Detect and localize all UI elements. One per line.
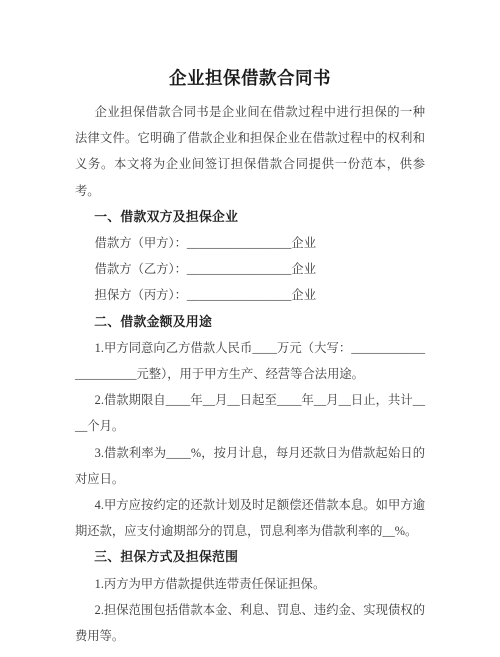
section-paragraph: 2.担保范围包括借款本金、利息、罚息、违约金、实现债权的费用等。: [75, 597, 425, 649]
section-paragraph: 2.借款期限自____年__月__日起至____年__月__日止，共计____个…: [75, 387, 425, 439]
section-paragraph: 1.甲方同意向乙方借款人民币____万元（大写：________________…: [75, 335, 425, 387]
document-page: 企业担保借款合同书 企业担保借款合同书是企业间在借款过程中进行担保的一种法律文件…: [0, 0, 500, 657]
document-title: 企业担保借款合同书: [75, 65, 425, 91]
section-paragraph: 借款方（乙方）：_________________企业: [75, 256, 425, 282]
section-heading: 三、担保方式及担保范围: [75, 544, 425, 570]
section-heading: 二、借款金额及用途: [75, 309, 425, 335]
intro-paragraph: 企业担保借款合同书是企业间在借款过程中进行担保的一种法律文件。它明确了借款企业和…: [75, 99, 425, 204]
section-paragraph: 担保方（丙方）：_________________企业: [75, 282, 425, 308]
section-paragraph: 借款方（甲方）：_________________企业: [75, 230, 425, 256]
section-heading: 一、借款双方及担保企业: [75, 204, 425, 230]
section-paragraph: 3.借款利率为____%，按月计息，每月还款日为借款起始日的对应日。: [75, 440, 425, 492]
document-sections: 一、借款双方及担保企业借款方（甲方）：_________________企业借款…: [75, 204, 425, 649]
contract-document: 企业担保借款合同书 企业担保借款合同书是企业间在借款过程中进行担保的一种法律文件…: [75, 0, 425, 649]
section-paragraph: 1.丙方为甲方借款提供连带责任保证担保。: [75, 571, 425, 597]
section-paragraph: 4.甲方应按约定的还款计划及时足额偿还借款本息。如甲方逾期还款，应支付逾期部分的…: [75, 492, 425, 544]
